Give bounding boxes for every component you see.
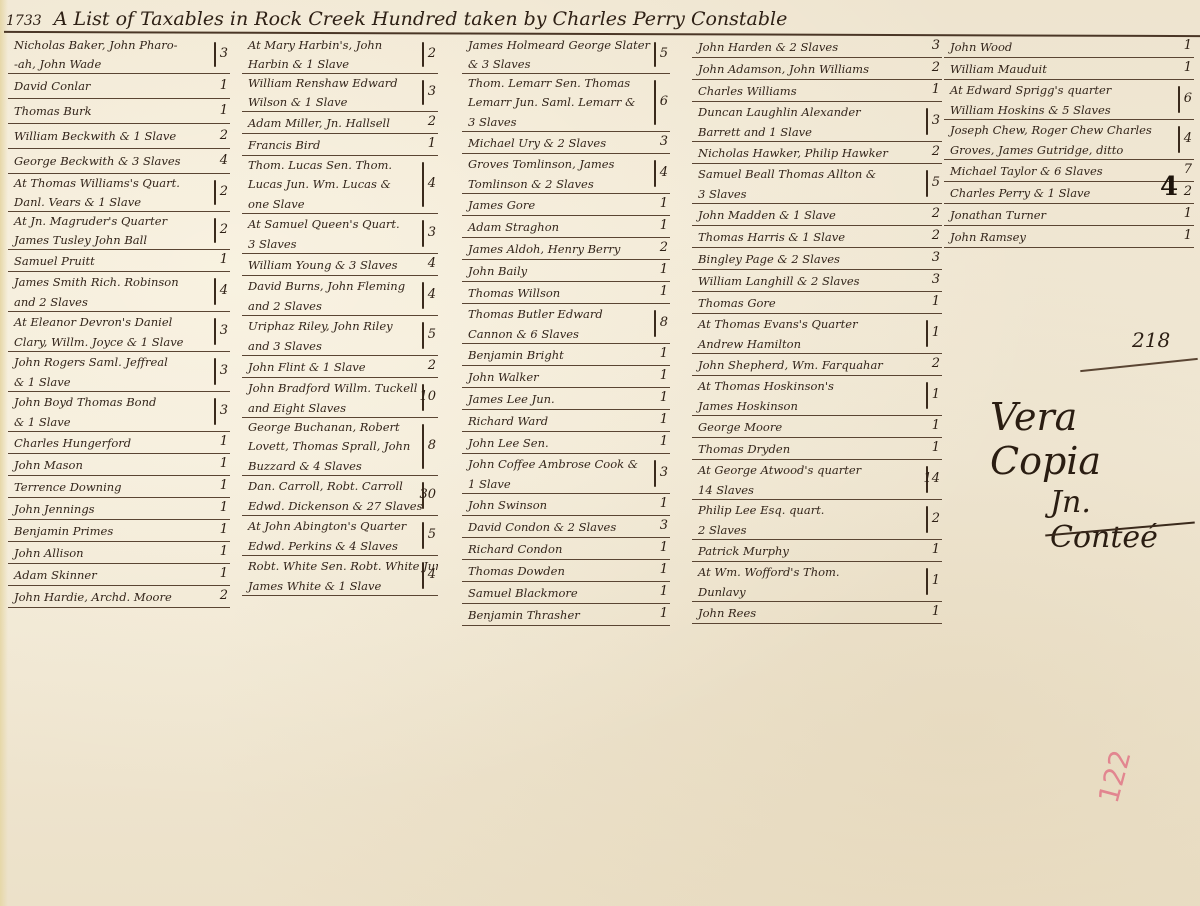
- ledger-entry: Thomas Gore1: [692, 292, 942, 314]
- grouping-brace: [926, 382, 928, 409]
- taxable-count: 2: [660, 240, 668, 255]
- attestation-text: Vera Copia: [990, 395, 1200, 483]
- entry-name-line: Philip Lee Esq. quart.: [692, 500, 942, 520]
- grouping-brace: [422, 282, 424, 309]
- entry-name-line: Thomas Gore: [692, 292, 942, 314]
- ledger-entry: Jonathan Turner1: [944, 204, 1194, 226]
- entry-name-line: Dan. Carroll, Robt. Carroll: [242, 476, 438, 496]
- ledger-entry: Thomas Burk1: [8, 99, 230, 124]
- entry-name-line: At Mary Harbin's, John: [242, 36, 438, 55]
- taxable-count: 1: [220, 522, 228, 537]
- taxable-count: 6: [660, 94, 668, 109]
- entry-name-line: David Burns, John Fleming: [242, 276, 438, 296]
- taxable-count: 7: [1184, 162, 1192, 177]
- taxable-count: 1: [660, 196, 668, 211]
- taxable-count: 4: [220, 153, 228, 168]
- taxable-count: 1: [220, 500, 228, 515]
- entry-name-line: Bingley Page & 2 Slaves: [692, 248, 942, 270]
- taxable-count: 10: [419, 389, 436, 404]
- entry-name-line: Thomas Burk: [8, 99, 230, 124]
- ledger-entry: Samuel Beall Thomas Allton &3 Slaves5: [692, 164, 942, 204]
- taxable-count: 6: [1184, 91, 1192, 106]
- document-title: 1733 A List of Taxables in Rock Creek Hu…: [6, 8, 1006, 30]
- ledger-entry: John Boyd Thomas Bond& 1 Slave3: [8, 392, 230, 432]
- grouping-brace: [422, 80, 424, 105]
- ledger-entry: George Beckwith & 3 Slaves4: [8, 149, 230, 174]
- ledger-entry: John Rees1: [692, 602, 942, 624]
- grouping-brace: [654, 460, 656, 487]
- entry-name-line: Benjamin Primes: [8, 520, 230, 542]
- entry-name-line: At Edward Sprigg's quarter: [944, 80, 1194, 100]
- grouping-brace: [1178, 86, 1180, 113]
- taxable-count: 2: [220, 588, 228, 603]
- taxable-count: 5: [428, 327, 436, 342]
- taxable-count: 2: [932, 60, 940, 75]
- entry-name-line: At Eleanor Devron's Daniel: [8, 312, 230, 332]
- ledger-column-1: Nicholas Baker, John Pharo--ah, John Wad…: [8, 36, 230, 608]
- entry-name-line: At George Atwood's quarter: [692, 460, 942, 480]
- ledger-entry: John Ramsey1: [944, 226, 1194, 248]
- ledger-entry: Adam Miller, Jn. Hallsell2: [242, 112, 438, 134]
- taxable-count: 3: [660, 134, 668, 149]
- entry-name-line: William Langhill & 2 Slaves: [692, 270, 942, 292]
- entry-name-line: and 3 Slaves: [242, 336, 438, 356]
- ledger-entry: At Wm. Wofford's Thom.Dunlavy1: [692, 562, 942, 602]
- entry-name-line: Duncan Laughlin Alexander: [692, 102, 942, 122]
- entry-name-line: George Buchanan, Robert: [242, 418, 438, 437]
- taxable-count: 1: [660, 562, 668, 577]
- ledger-entry: John Hardie, Archd. Moore2: [8, 586, 230, 608]
- entry-name-line: Barrett and 1 Slave: [692, 122, 942, 142]
- taxable-count: 1: [932, 294, 940, 309]
- entry-name-line: and Eight Slaves: [242, 398, 438, 418]
- entry-name-line: 3 Slaves: [462, 113, 670, 132]
- ledger-entry: Benjamin Thrasher1: [462, 604, 670, 626]
- taxable-count: 2: [932, 144, 940, 159]
- taxable-count: 4: [660, 165, 668, 180]
- ledger-page: 1733 A List of Taxables in Rock Creek Hu…: [0, 0, 1200, 906]
- grouping-brace: [214, 180, 216, 205]
- entry-name-line: Thomas Harris & 1 Slave: [692, 226, 942, 248]
- entry-name-line: & 1 Slave: [8, 412, 230, 432]
- entry-name-line: Thomas Willson: [462, 282, 670, 304]
- ledger-entry: Thomas Butler EdwardCannon & 6 Slaves8: [462, 304, 670, 344]
- entry-name-line: At Thomas Evans's Quarter: [692, 314, 942, 334]
- taxable-count: 3: [220, 323, 228, 338]
- grouping-brace: [926, 320, 928, 347]
- ledger-entry: Thom. Lucas Sen. Thom.Lucas Jun. Wm. Luc…: [242, 156, 438, 214]
- taxable-count: 3: [932, 38, 940, 53]
- taxable-count: 4: [220, 283, 228, 298]
- entry-name-line: Lemarr Jun. Saml. Lemarr &: [462, 93, 670, 112]
- ledger-entry: At Thomas Evans's QuarterAndrew Hamilton…: [692, 314, 942, 354]
- ledger-entry: At George Atwood's quarter14 Slaves14: [692, 460, 942, 500]
- entry-name-line: Thomas Dryden: [692, 438, 942, 460]
- ledger-entry: Patrick Murphy1: [692, 540, 942, 562]
- ledger-entry: John Allison1: [8, 542, 230, 564]
- grouping-brace: [422, 220, 424, 247]
- grouping-brace: [422, 162, 424, 207]
- taxable-count: 5: [932, 175, 940, 190]
- ledger-entry: Uriphaz Riley, John Rileyand 3 Slaves5: [242, 316, 438, 356]
- signature: Jn. Conteé: [1050, 485, 1200, 555]
- entry-name-line: Thom. Lemarr Sen. Thomas: [462, 74, 670, 93]
- entry-name-line: Joseph Chew, Roger Chew Charles: [944, 120, 1194, 140]
- ledger-entry: John Baily1: [462, 260, 670, 282]
- taxable-count: 1: [1184, 206, 1192, 221]
- ledger-entry: Adam Straghon1: [462, 216, 670, 238]
- ledger-entry: John Wood1: [944, 36, 1194, 58]
- taxable-count: 1: [428, 136, 436, 151]
- ledger-column-5: John Wood1William Mauduit1At Edward Spri…: [944, 36, 1194, 248]
- entry-name-line: Patrick Murphy: [692, 540, 942, 562]
- ledger-entry: John Mason1: [8, 454, 230, 476]
- entry-name-line: Tomlinson & 2 Slaves: [462, 174, 670, 194]
- margin-mark: 4: [1160, 172, 1178, 202]
- taxable-count: 1: [220, 103, 228, 118]
- taxable-count: 1: [932, 325, 940, 340]
- entry-name-line: Michael Ury & 2 Slaves: [462, 132, 670, 154]
- taxable-count: 1: [660, 540, 668, 555]
- ledger-entry: James Lee Jun.1: [462, 388, 670, 410]
- taxable-count: 1: [220, 252, 228, 267]
- entry-name-line: John Shepherd, Wm. Farquahar: [692, 354, 942, 376]
- entry-name-line: Wilson & 1 Slave: [242, 93, 438, 112]
- taxable-count: 2: [220, 128, 228, 143]
- entry-name-line: Thomas Butler Edward: [462, 304, 670, 324]
- entry-name-line: John Allison: [8, 542, 230, 564]
- entry-name-line: At Thomas Hoskinson's: [692, 376, 942, 396]
- entry-name-line: John Ramsey: [944, 226, 1194, 248]
- grouping-brace: [926, 170, 928, 197]
- taxable-count: 2: [220, 184, 228, 199]
- taxable-count: 3: [660, 465, 668, 480]
- grouping-brace: [422, 424, 424, 469]
- entry-name-line: & 3 Slaves: [462, 55, 670, 74]
- ledger-entry: At Mary Harbin's, JohnHarbin & 1 Slave2: [242, 36, 438, 74]
- taxable-count: 1: [660, 434, 668, 449]
- ledger-entry: At Edward Sprigg's quarterWilliam Hoskin…: [944, 80, 1194, 120]
- ledger-entry: Bingley Page & 2 Slaves3: [692, 248, 942, 270]
- entry-name-line: William Young & 3 Slaves: [242, 254, 438, 276]
- entry-name-line: 3 Slaves: [692, 184, 942, 204]
- ledger-entry: John Walker1: [462, 366, 670, 388]
- ledger-entry: William Renshaw EdwardWilson & 1 Slave3: [242, 74, 438, 112]
- ledger-entry: John Harden & 2 Slaves3: [692, 36, 942, 58]
- ledger-entry: Benjamin Bright1: [462, 344, 670, 366]
- entry-name-line: James Lee Jun.: [462, 388, 670, 410]
- entry-name-line: Richard Ward: [462, 410, 670, 432]
- taxable-count: 1: [220, 78, 228, 93]
- entry-name-line: Robt. White Sen. Robt. White Jun.: [242, 556, 438, 576]
- ledger-entry: Nicholas Baker, John Pharo--ah, John Wad…: [8, 36, 230, 74]
- ledger-entry: John Adamson, John Williams2: [692, 58, 942, 80]
- ledger-entry: Charles Hungerford1: [8, 432, 230, 454]
- taxable-count: 1: [932, 387, 940, 402]
- entry-name-line: John Harden & 2 Slaves: [692, 36, 942, 58]
- entry-name-line: Benjamin Thrasher: [462, 604, 670, 626]
- taxable-count: 2: [932, 228, 940, 243]
- entry-name-line: Charles Perry & 1 Slave: [944, 182, 1194, 204]
- grouping-brace: [214, 278, 216, 305]
- entry-name-line: Groves Tomlinson, James: [462, 154, 670, 174]
- taxable-count: 1: [660, 284, 668, 299]
- ledger-entry: David Condon & 2 Slaves3: [462, 516, 670, 538]
- entry-name-line: Thom. Lucas Sen. Thom.: [242, 156, 438, 175]
- entry-name-line: John Rogers Saml. Jeffreal: [8, 352, 230, 372]
- ledger-entry: James Gore1: [462, 194, 670, 216]
- entry-name-line: Andrew Hamilton: [692, 334, 942, 354]
- ledger-entry: Robt. White Sen. Robt. White Jun.James W…: [242, 556, 438, 596]
- entry-name-line: Harbin & 1 Slave: [242, 55, 438, 74]
- taxable-count: 2: [428, 358, 436, 373]
- entry-name-line: John Bradford Willm. Tuckell: [242, 378, 438, 398]
- entry-name-line: John Swinson: [462, 494, 670, 516]
- archive-number-stamp: 122: [1092, 746, 1138, 806]
- taxable-count: 3: [932, 113, 940, 128]
- entry-name-line: Clary, Willm. Joyce & 1 Slave: [8, 332, 230, 352]
- ledger-entry: John Swinson1: [462, 494, 670, 516]
- ledger-entry: William Mauduit1: [944, 58, 1194, 80]
- ledger-entry: Michael Ury & 2 Slaves3: [462, 132, 670, 154]
- taxable-count: 1: [660, 606, 668, 621]
- ledger-entry: Charles Perry & 1 Slave2: [944, 182, 1194, 204]
- taxable-count: 1: [220, 566, 228, 581]
- entry-name-line: At Samuel Queen's Quart.: [242, 214, 438, 234]
- ledger-entry: George Moore1: [692, 416, 942, 438]
- entry-name-line: John Rees: [692, 602, 942, 624]
- taxable-count: 2: [1184, 184, 1192, 199]
- entry-name-line: John Mason: [8, 454, 230, 476]
- grouping-brace: [214, 218, 216, 243]
- ledger-entry: Terrence Downing1: [8, 476, 230, 498]
- taxable-count: 1: [1184, 228, 1192, 243]
- ledger-entry: At Thomas Hoskinson'sJames Hoskinson1: [692, 376, 942, 416]
- entry-name-line: John Walker: [462, 366, 670, 388]
- entry-name-line: Richard Condon: [462, 538, 670, 560]
- entry-name-line: James Tusley John Ball: [8, 231, 230, 250]
- entry-name-line: 1 Slave: [462, 474, 670, 494]
- grouping-brace: [654, 42, 656, 67]
- taxable-count: 2: [932, 206, 940, 221]
- ledger-entry: John Bradford Willm. Tuckelland Eight Sl…: [242, 378, 438, 418]
- grouping-brace: [926, 108, 928, 135]
- ledger-entry: Philip Lee Esq. quart.2 Slaves2: [692, 500, 942, 540]
- ledger-column-2: At Mary Harbin's, JohnHarbin & 1 Slave2W…: [242, 36, 438, 596]
- ledger-entry: At Samuel Queen's Quart.3 Slaves3: [242, 214, 438, 254]
- entry-name-line: Francis Bird: [242, 134, 438, 156]
- taxable-count: 1: [660, 584, 668, 599]
- ledger-entry: George Buchanan, RobertLovett, Thomas Sp…: [242, 418, 438, 476]
- taxable-count: 5: [428, 527, 436, 542]
- entry-name-line: James White & 1 Slave: [242, 576, 438, 596]
- grand-total: 218: [1132, 328, 1170, 352]
- taxable-count: 4: [428, 567, 436, 582]
- entry-name-line: John Coffee Ambrose Cook &: [462, 454, 670, 474]
- ledger-entry: William Young & 3 Slaves4: [242, 254, 438, 276]
- taxable-count: 8: [428, 438, 436, 453]
- entry-name-line: William Hoskins & 5 Slaves: [944, 100, 1194, 120]
- entry-name-line: William Mauduit: [944, 58, 1194, 80]
- taxable-count: 1: [660, 368, 668, 383]
- grouping-brace: [422, 322, 424, 349]
- taxable-count: 1: [220, 456, 228, 471]
- taxable-count: 3: [220, 46, 228, 61]
- entry-name-line: one Slave: [242, 195, 438, 214]
- entry-name-line: Charles Williams: [692, 80, 942, 102]
- taxable-count: 3: [660, 518, 668, 533]
- ledger-entry: James Aldoh, Henry Berry2: [462, 238, 670, 260]
- ledger-entry: John Rogers Saml. Jeffreal& 1 Slave3: [8, 352, 230, 392]
- taxable-count: 4: [1184, 131, 1192, 146]
- ledger-entry: John Coffee Ambrose Cook &1 Slave3: [462, 454, 670, 494]
- entry-name-line: James Gore: [462, 194, 670, 216]
- taxable-count: 4: [428, 256, 436, 271]
- ledger-column-4: John Harden & 2 Slaves3John Adamson, Joh…: [692, 36, 942, 624]
- entry-name-line: 3 Slaves: [242, 234, 438, 254]
- document-year: 1733: [6, 13, 42, 29]
- entry-name-line: Danl. Vears & 1 Slave: [8, 193, 230, 212]
- grouping-brace: [654, 160, 656, 187]
- taxable-count: 1: [660, 390, 668, 405]
- entry-name-line: At Jn. Magruder's Quarter: [8, 212, 230, 231]
- ledger-entry: David Burns, John Flemingand 2 Slaves4: [242, 276, 438, 316]
- ledger-entry: At John Abington's QuarterEdwd. Perkins …: [242, 516, 438, 556]
- entry-name-line: George Moore: [692, 416, 942, 438]
- entry-name-line: Cannon & 6 Slaves: [462, 324, 670, 344]
- taxable-count: 2: [428, 46, 436, 61]
- grouping-brace: [926, 568, 928, 595]
- taxable-count: 2: [428, 114, 436, 129]
- entry-name-line: Nicholas Hawker, Philip Hawker: [692, 142, 942, 164]
- ledger-entry: Dan. Carroll, Robt. CarrollEdwd. Dickens…: [242, 476, 438, 516]
- ledger-entry: Thomas Willson1: [462, 282, 670, 304]
- taxable-count: 1: [1184, 60, 1192, 75]
- entry-name-line: Edwd. Perkins & 4 Slaves: [242, 536, 438, 556]
- entry-name-line: Samuel Beall Thomas Allton &: [692, 164, 942, 184]
- grouping-brace: [214, 42, 216, 67]
- ledger-entry: Groves Tomlinson, JamesTomlinson & 2 Sla…: [462, 154, 670, 194]
- taxable-count: 1: [932, 440, 940, 455]
- entry-name-line: John Baily: [462, 260, 670, 282]
- grouping-brace: [214, 398, 216, 425]
- entry-name-line: Thomas Dowden: [462, 560, 670, 582]
- grouping-brace: [422, 42, 424, 67]
- entry-name-line: John Adamson, John Williams: [692, 58, 942, 80]
- taxable-count: 1: [220, 478, 228, 493]
- entry-name-line: Samuel Blackmore: [462, 582, 670, 604]
- entry-name-line: William Renshaw Edward: [242, 74, 438, 93]
- ledger-entry: Samuel Blackmore1: [462, 582, 670, 604]
- taxable-count: 4: [428, 176, 436, 191]
- document-title-text: A List of Taxables in Rock Creek Hundred…: [54, 8, 788, 30]
- taxable-count: 1: [660, 262, 668, 277]
- entry-name-line: John Flint & 1 Slave: [242, 356, 438, 378]
- taxable-count: 1: [932, 542, 940, 557]
- entry-name-line: Michael Taylor & 6 Slaves: [944, 160, 1194, 182]
- ledger-entry: Thom. Lemarr Sen. ThomasLemarr Jun. Saml…: [462, 74, 670, 132]
- ledger-entry: Benjamin Primes1: [8, 520, 230, 542]
- ledger-entry: Richard Condon1: [462, 538, 670, 560]
- taxable-count: 3: [220, 363, 228, 378]
- entry-name-line: Adam Skinner: [8, 564, 230, 586]
- entry-name-line: Dunlavy: [692, 582, 942, 602]
- entry-name-line: Benjamin Bright: [462, 344, 670, 366]
- ledger-entry: John Lee Sen.1: [462, 432, 670, 454]
- taxable-count: 1: [932, 418, 940, 433]
- ledger-entry: Thomas Dryden1: [692, 438, 942, 460]
- entry-name-line: John Madden & 1 Slave: [692, 204, 942, 226]
- ledger-column-3: James Holmeard George Slater& 3 Slaves5T…: [462, 36, 670, 626]
- ledger-entry: John Shepherd, Wm. Farquahar2: [692, 354, 942, 376]
- entry-name-line: & 1 Slave: [8, 372, 230, 392]
- entry-name-line: James Aldoh, Henry Berry: [462, 238, 670, 260]
- taxable-count: 1: [1184, 38, 1192, 53]
- entry-name-line: Jonathan Turner: [944, 204, 1194, 226]
- taxable-count: 30: [419, 487, 436, 502]
- entry-name-line: Adam Miller, Jn. Hallsell: [242, 112, 438, 134]
- entry-name-line: Groves, James Gutridge, ditto: [944, 140, 1194, 160]
- entry-name-line: Samuel Pruitt: [8, 250, 230, 272]
- taxable-count: 1: [660, 496, 668, 511]
- entry-name-line: Lovett, Thomas Sprall, John: [242, 437, 438, 456]
- entry-name-line: 2 Slaves: [692, 520, 942, 540]
- entry-name-line: John Jennings: [8, 498, 230, 520]
- entry-name-line: Buzzard & 4 Slaves: [242, 457, 438, 476]
- ledger-entry: David Conlar1: [8, 74, 230, 99]
- entry-name-line: John Boyd Thomas Bond: [8, 392, 230, 412]
- taxable-count: 1: [932, 604, 940, 619]
- taxable-count: 5: [660, 46, 668, 61]
- entry-name-line: David Conlar: [8, 74, 230, 99]
- grouping-brace: [654, 80, 656, 125]
- entry-name-line: James Smith Rich. Robinson: [8, 272, 230, 292]
- entry-name-line: William Beckwith & 1 Slave: [8, 124, 230, 149]
- entry-name-line: and 2 Slaves: [8, 292, 230, 312]
- ledger-entry: Michael Taylor & 6 Slaves7: [944, 160, 1194, 182]
- taxable-count: 1: [660, 412, 668, 427]
- ledger-entry: John Jennings1: [8, 498, 230, 520]
- taxable-count: 3: [428, 225, 436, 240]
- entry-name-line: David Condon & 2 Slaves: [462, 516, 670, 538]
- entry-name-line: John Hardie, Archd. Moore: [8, 586, 230, 608]
- entry-name-line: George Beckwith & 3 Slaves: [8, 149, 230, 174]
- ledger-entry: Joseph Chew, Roger Chew CharlesGroves, J…: [944, 120, 1194, 160]
- entry-name-line: 14 Slaves: [692, 480, 942, 500]
- grouping-brace: [214, 358, 216, 385]
- taxable-count: 4: [428, 287, 436, 302]
- entry-name-line: At John Abington's Quarter: [242, 516, 438, 536]
- entry-name-line: Edwd. Dickenson & 27 Slaves: [242, 496, 438, 516]
- taxable-count: 3: [428, 84, 436, 99]
- ledger-entry: Duncan Laughlin AlexanderBarrett and 1 S…: [692, 102, 942, 142]
- taxable-count: 3: [220, 403, 228, 418]
- taxable-count: 1: [220, 434, 228, 449]
- ledger-entry: William Langhill & 2 Slaves3: [692, 270, 942, 292]
- entry-name-line: -ah, John Wade: [8, 55, 230, 74]
- entry-name-line: John Wood: [944, 36, 1194, 58]
- ledger-entry: Thomas Dowden1: [462, 560, 670, 582]
- taxable-count: 2: [932, 356, 940, 371]
- entry-name-line: Lucas Jun. Wm. Lucas &: [242, 175, 438, 194]
- ledger-entry: Nicholas Hawker, Philip Hawker2: [692, 142, 942, 164]
- entry-name-line: Uriphaz Riley, John Riley: [242, 316, 438, 336]
- ledger-entry: At Eleanor Devron's DanielClary, Willm. …: [8, 312, 230, 352]
- ledger-entry: John Madden & 1 Slave2: [692, 204, 942, 226]
- taxable-count: 3: [932, 272, 940, 287]
- ledger-entry: William Beckwith & 1 Slave2: [8, 124, 230, 149]
- entry-name-line: James Holmeard George Slater: [462, 36, 670, 55]
